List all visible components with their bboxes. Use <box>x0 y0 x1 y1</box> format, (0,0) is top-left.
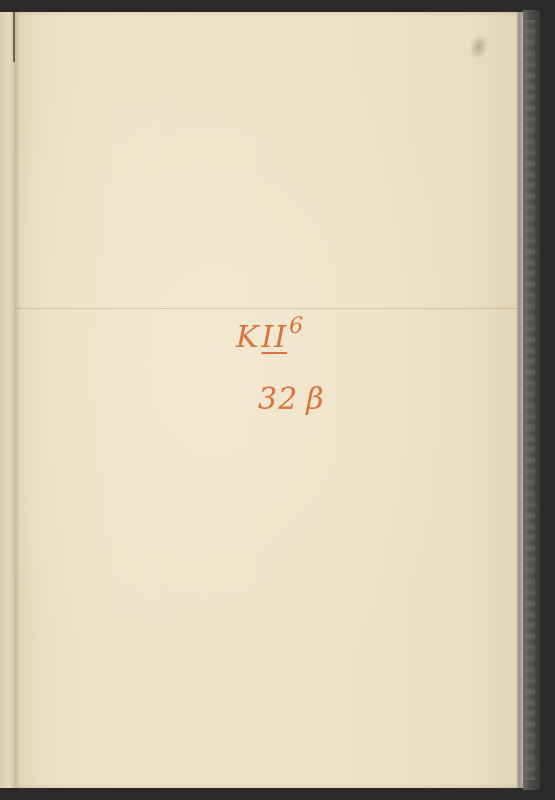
cover-wear-texture <box>525 20 535 780</box>
page-fold-line <box>15 308 517 309</box>
thumb-smudge <box>466 32 492 63</box>
shelfmark-prefix: K <box>236 320 259 355</box>
previous-page-gutter <box>0 12 15 788</box>
shelfmark-line-1: KII6 <box>236 314 304 355</box>
shelfmark-roman-numeral: II <box>261 320 287 355</box>
shelfmark-letter: β <box>306 382 324 417</box>
shelfmark-number: 32 <box>258 382 298 417</box>
shelfmark-line-2: 32β <box>258 382 325 417</box>
shelfmark-superscript: 6 <box>289 314 304 339</box>
